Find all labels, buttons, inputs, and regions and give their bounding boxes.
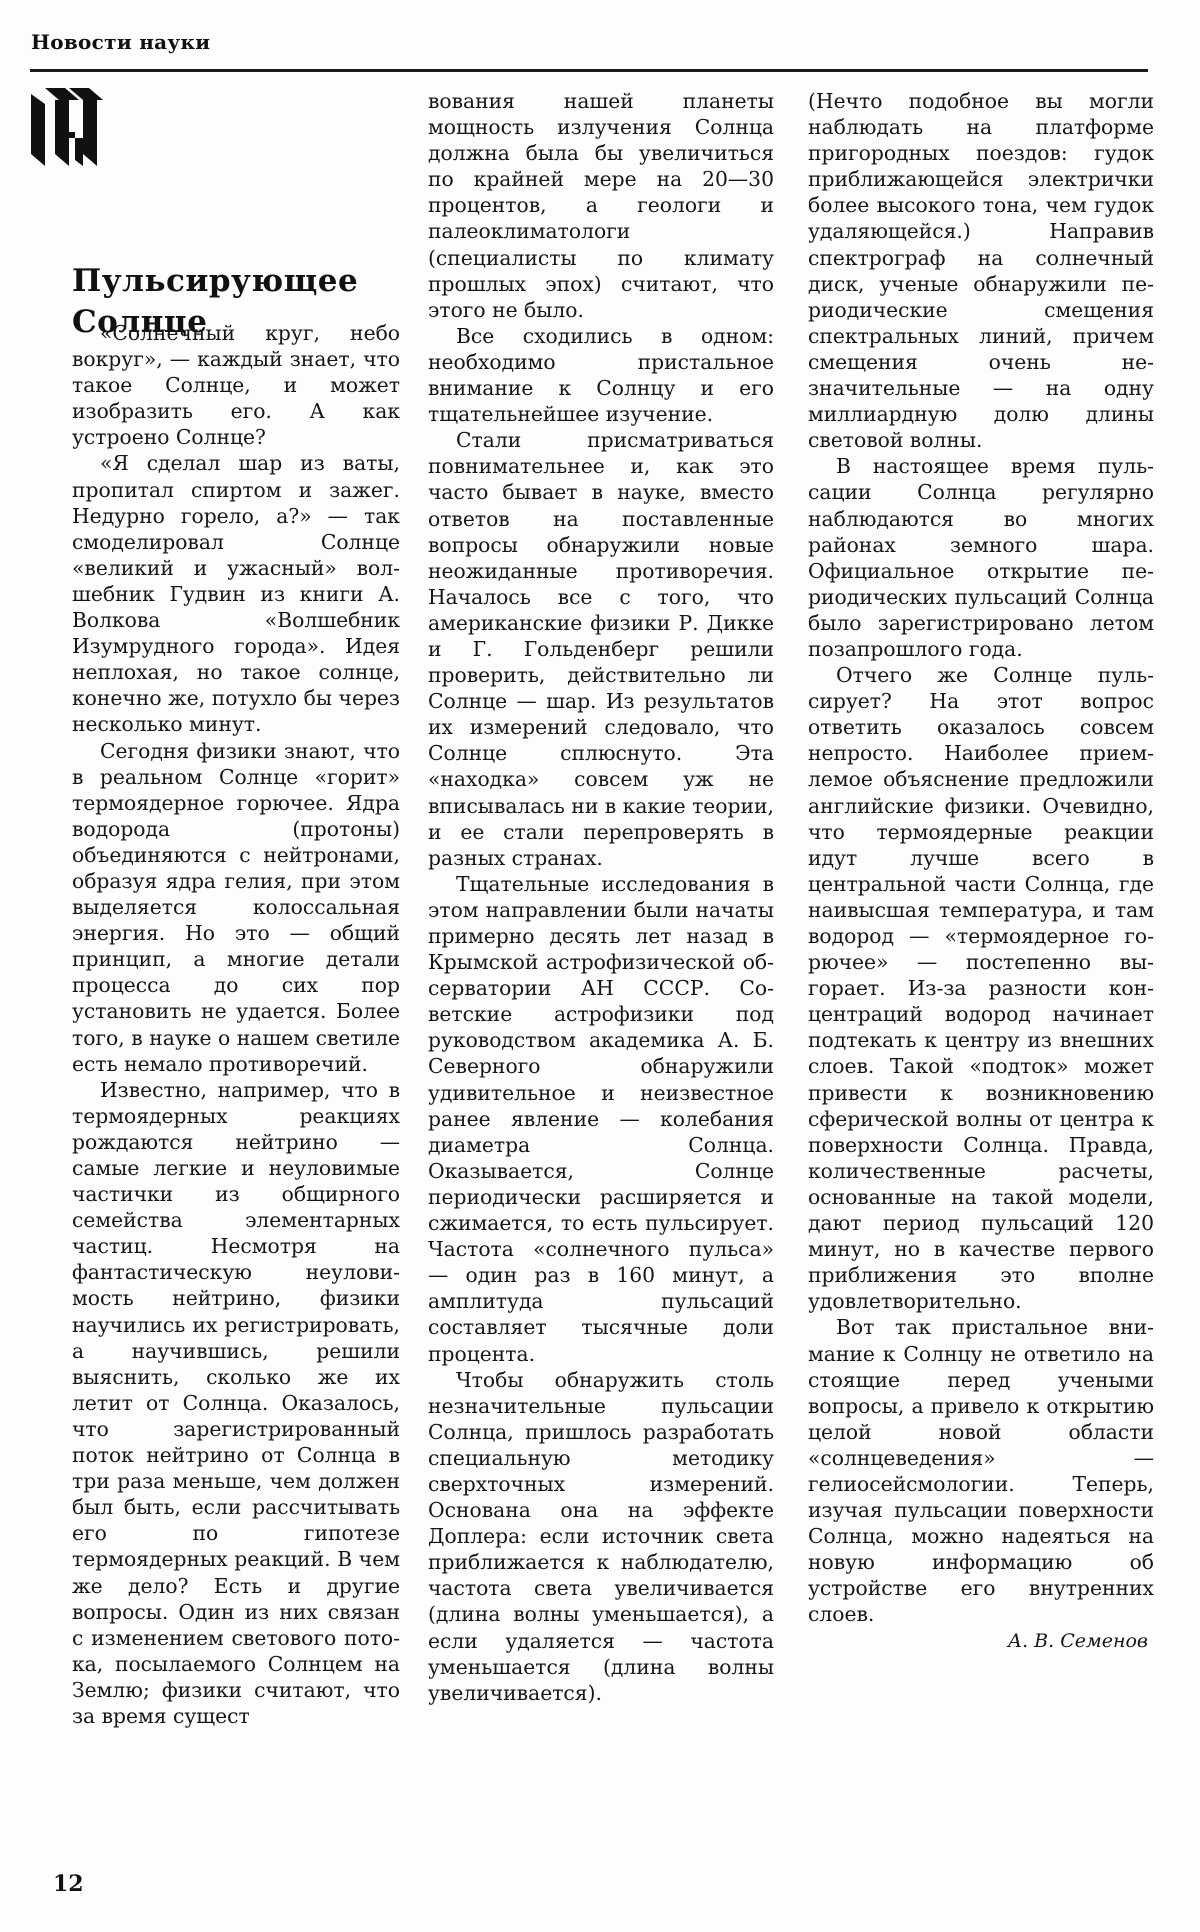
article-title-line-1: Пульсирующее: [72, 263, 358, 299]
paragraph: Чтобы обнаружить столь незначительные пу…: [428, 1367, 774, 1706]
paragraph: Сегодня физики знают, что в реальном Сол…: [72, 738, 400, 1077]
paragraph: Известно, например, что в термоядерных р…: [72, 1077, 400, 1729]
section-label: Новости науки: [31, 30, 210, 54]
paragraph: Тщательные исследова­ния в этом направле…: [428, 871, 774, 1367]
article-column-2: вования нашей планеты мощность излучения…: [428, 88, 774, 1706]
paragraph: Стали присматриваться повнимательнее и, …: [428, 427, 774, 871]
paragraph: (Нечто подобное вы могли наблюдать на пл…: [808, 88, 1154, 453]
paragraph: Отчего же Солнце пуль­сирует? На этот во…: [808, 662, 1154, 1314]
paragraph: «Солнечный круг, небо вокруг», — каждый …: [72, 320, 400, 450]
article-column-3: (Нечто подобное вы могли наблюдать на пл…: [808, 88, 1154, 1654]
paragraph: «Я сделал шар из ваты, пропитал спиртом …: [72, 450, 400, 737]
page-number: 12: [53, 1871, 84, 1897]
paragraph: В настоящее время пуль­сации Солнца регу…: [808, 453, 1154, 662]
letter-n-logo-icon: [31, 86, 111, 166]
author-signature: А. В. Семенов: [808, 1628, 1154, 1654]
paragraph: вования нашей планеты мощность излучения…: [428, 88, 774, 323]
paragraph: Вот так пристальное вни­мание к Солнцу н…: [808, 1314, 1154, 1627]
paragraph: Все сходились в одном: необходимо приста…: [428, 323, 774, 427]
header-rule: [30, 69, 1148, 72]
article-column-1: «Солнечный круг, небо вокруг», — каждый …: [72, 320, 400, 1729]
